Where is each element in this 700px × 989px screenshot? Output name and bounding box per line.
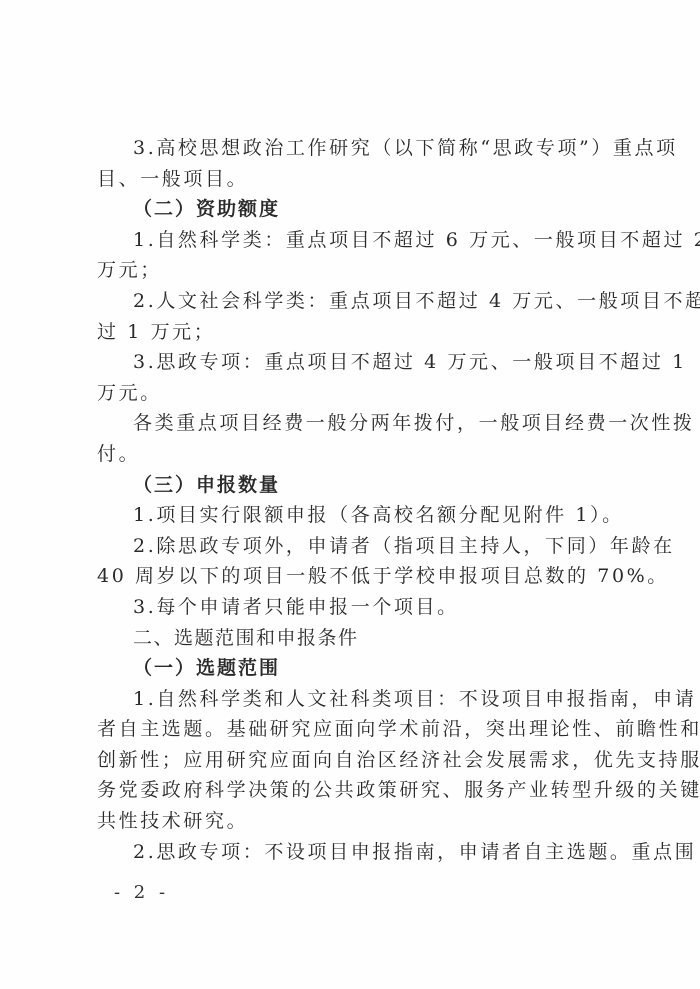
paragraph-line: 目、一般项目。: [97, 164, 619, 195]
chapter-heading-topic-scope: 二、选题范围和申报条件: [97, 623, 619, 654]
paragraph-line: 1.项目实行限额申报（各高校名额分配见附件 1）。: [97, 500, 619, 531]
paragraph-line: 万元；: [97, 255, 619, 286]
paragraph-line: 过 1 万元；: [97, 317, 619, 348]
document-body: 3.高校思想政治工作研究（以下简称“思政专项”）重点项 目、一般项目。 （二）资…: [97, 133, 619, 867]
paragraph-line: 者自主选题。基础研究应面向学术前沿，突出理论性、前瞻性和: [97, 714, 619, 745]
page-number: - 2 -: [114, 881, 169, 905]
paragraph-line: 3.思政专项：重点项目不超过 4 万元、一般项目不超过 1: [97, 347, 619, 378]
section-heading-application-quota: （三）申报数量: [97, 470, 619, 501]
paragraph-line: 2.思政专项：不设项目申报指南，申请者自主选题。重点围: [97, 837, 619, 868]
paragraph-line: 万元。: [97, 378, 619, 409]
paragraph-line: 2.除思政专项外，申请者（指项目主持人，下同）年龄在: [97, 531, 619, 562]
paragraph-line: 创新性；应用研究应面向自治区经济社会发展需求，优先支持服: [97, 745, 619, 776]
section-heading-funding-amount: （二）资助额度: [97, 194, 619, 225]
paragraph-line: 务党委政府科学决策的公共政策研究、服务产业转型升级的关键: [97, 775, 619, 806]
document-page: 3.高校思想政治工作研究（以下简称“思政专项”）重点项 目、一般项目。 （二）资…: [0, 0, 700, 989]
paragraph-line: 2.人文社会科学类：重点项目不超过 4 万元、一般项目不超: [97, 286, 619, 317]
section-heading-topic-scope: （一）选题范围: [97, 653, 619, 684]
paragraph-line: 1.自然科学类和人文社科类项目：不设项目申报指南，申请: [97, 684, 619, 715]
paragraph-line: 共性技术研究。: [97, 806, 619, 837]
paragraph-line: 各类重点项目经费一般分两年拨付，一般项目经费一次性拨: [97, 408, 619, 439]
paragraph-line: 3.每个申请者只能申报一个项目。: [97, 592, 619, 623]
paragraph-line: 1.自然科学类：重点项目不超过 6 万元、一般项目不超过 2: [97, 225, 619, 256]
paragraph-line: 3.高校思想政治工作研究（以下简称“思政专项”）重点项: [97, 133, 619, 164]
paragraph-line: 付。: [97, 439, 619, 470]
paragraph-line: 40 周岁以下的项目一般不低于学校申报项目总数的 70%。: [97, 561, 619, 592]
